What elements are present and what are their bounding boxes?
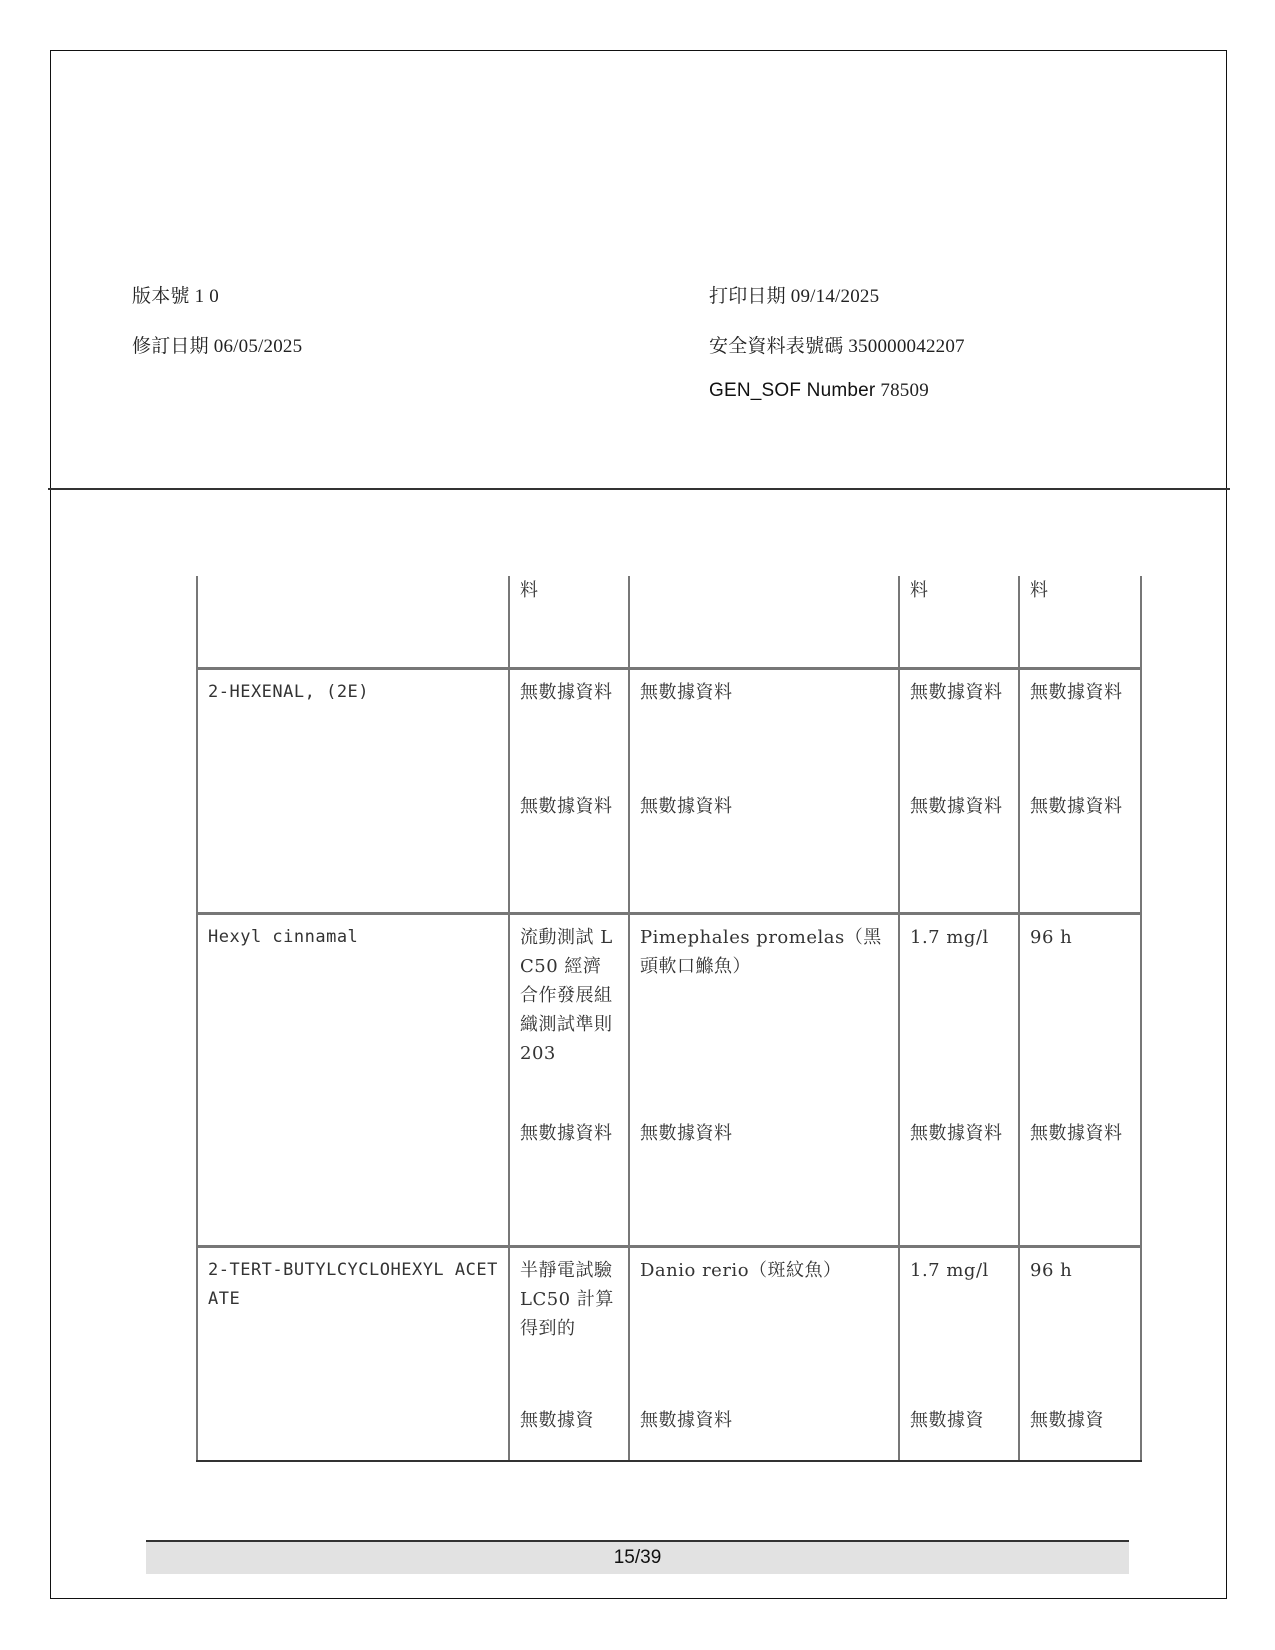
- cell-value: 1.7 mg/l: [899, 913, 1019, 1111]
- value-text: 料: [910, 576, 1008, 605]
- method-text: 無數據資料: [520, 678, 618, 707]
- cell-species: [629, 576, 899, 668]
- version-label: 版本號: [132, 286, 190, 307]
- cell-substance: [197, 1111, 509, 1246]
- substance-text: Hexyl cinnamal: [208, 923, 498, 952]
- gen-sof-number: 78509: [880, 380, 929, 401]
- species-text: 無數據資料: [640, 1406, 888, 1435]
- cell-substance: [197, 1398, 509, 1461]
- species-text: 無數據資料: [640, 678, 888, 707]
- cell-value: 無數據資料: [899, 784, 1019, 913]
- species-text: 無數據資料: [640, 1119, 888, 1148]
- cell-duration: 料: [1019, 576, 1141, 668]
- species-text: Pimephales promelas（黑頭軟口鰷魚）: [640, 923, 888, 981]
- cell-substance: [197, 784, 509, 913]
- cell-value: 無數據資料: [899, 1111, 1019, 1246]
- print-label: 打印日期: [709, 286, 786, 307]
- cell-duration: 無數據資: [1019, 1398, 1141, 1461]
- value-text: 無數據資料: [910, 792, 1008, 821]
- cell-species: 無數據資料: [629, 1111, 899, 1246]
- sds-number: 350000042207: [848, 336, 964, 357]
- value-text: 無數據資: [910, 1406, 1008, 1435]
- duration-text: 無數據資料: [1030, 678, 1130, 707]
- cell-species: Pimephales promelas（黑頭軟口鰷魚）: [629, 913, 899, 1111]
- value-text: 無數據資料: [910, 678, 1008, 707]
- gen-sof-info: GEN_SOF Number 78509: [709, 380, 929, 402]
- revision-label: 修訂日期: [132, 336, 209, 357]
- method-text: 流動測試 LC50 經濟合作發展組織測試準則203: [520, 923, 618, 1068]
- method-text: 無數據資料: [520, 792, 618, 821]
- gen-sof-label: GEN_SOF Number: [709, 380, 875, 401]
- cell-method: 料: [509, 576, 629, 668]
- page-indicator: 15/39: [146, 1542, 1129, 1574]
- cell-value: 無數據資: [899, 1398, 1019, 1461]
- version-info: 版本號 1 0: [132, 286, 219, 308]
- revision-info: 修訂日期 06/05/2025: [132, 336, 302, 358]
- cell-method: 半靜電試驗 LC50 計算得到的: [509, 1246, 629, 1398]
- version-value: 1 0: [195, 286, 219, 307]
- duration-text: 料: [1030, 576, 1130, 605]
- table-row: 無數據資料無數據資料無數據資料無數據資料: [197, 1111, 1141, 1246]
- table-row: 無數據資料無數據資料無數據資料無數據資料: [197, 784, 1141, 913]
- table-row: 2-TERT-BUTYLCYCLOHEXYL ACETATE半靜電試驗 LC50…: [197, 1246, 1141, 1398]
- cell-duration: 96 h: [1019, 1246, 1141, 1398]
- duration-text: 96 h: [1030, 923, 1130, 952]
- cell-species: 無數據資料: [629, 668, 899, 784]
- table-row: 無數據資無數據資料無數據資無數據資: [197, 1398, 1141, 1461]
- cell-value: 料: [899, 576, 1019, 668]
- method-text: 無數據資料: [520, 1119, 618, 1148]
- cell-method: 無數據資料: [509, 1111, 629, 1246]
- cell-value: 1.7 mg/l: [899, 1246, 1019, 1398]
- cell-species: 無數據資料: [629, 784, 899, 913]
- sds-info: 安全資料表號碼 350000042207: [709, 336, 965, 358]
- cell-duration: 無數據資料: [1019, 784, 1141, 913]
- value-text: 1.7 mg/l: [910, 1256, 1008, 1285]
- cell-substance: 2-TERT-BUTYLCYCLOHEXYL ACETATE: [197, 1246, 509, 1398]
- print-date: 09/14/2025: [791, 286, 880, 307]
- cell-duration: 96 h: [1019, 913, 1141, 1111]
- cell-method: 無數據資料: [509, 668, 629, 784]
- species-text: Danio rerio（斑紋魚）: [640, 1256, 888, 1285]
- species-text: 無數據資料: [640, 792, 888, 821]
- value-text: 1.7 mg/l: [910, 923, 1008, 952]
- cell-method: 無數據資料: [509, 784, 629, 913]
- ecotoxicity-table: 料料料2-HEXENAL, (2E)無數據資料無數據資料無數據資料無數據資料無數…: [196, 576, 1142, 1462]
- cell-substance: [197, 576, 509, 668]
- method-text: 料: [520, 576, 618, 605]
- cell-duration: 無數據資料: [1019, 668, 1141, 784]
- cell-value: 無數據資料: [899, 668, 1019, 784]
- sds-label: 安全資料表號碼: [709, 336, 843, 357]
- substance-text: 2-HEXENAL, (2E): [208, 678, 498, 707]
- cell-species: Danio rerio（斑紋魚）: [629, 1246, 899, 1398]
- duration-text: 無數據資料: [1030, 1119, 1130, 1148]
- cell-method: 無數據資: [509, 1398, 629, 1461]
- table-row: 2-HEXENAL, (2E)無數據資料無數據資料無數據資料無數據資料: [197, 668, 1141, 784]
- revision-date: 06/05/2025: [214, 336, 303, 357]
- header-separator: [48, 488, 1230, 490]
- cell-substance: Hexyl cinnamal: [197, 913, 509, 1111]
- substance-text: 2-TERT-BUTYLCYCLOHEXYL ACETATE: [208, 1256, 498, 1314]
- value-text: 無數據資料: [910, 1119, 1008, 1148]
- method-text: 無數據資: [520, 1406, 618, 1435]
- cell-substance: 2-HEXENAL, (2E): [197, 668, 509, 784]
- cell-species: 無數據資料: [629, 1398, 899, 1461]
- cell-method: 流動測試 LC50 經濟合作發展組織測試準則203: [509, 913, 629, 1111]
- duration-text: 無數據資: [1030, 1406, 1130, 1435]
- duration-text: 96 h: [1030, 1256, 1130, 1285]
- table-row: 料料料: [197, 576, 1141, 668]
- print-info: 打印日期 09/14/2025: [709, 286, 879, 308]
- method-text: 半靜電試驗 LC50 計算得到的: [520, 1256, 618, 1343]
- duration-text: 無數據資料: [1030, 792, 1130, 821]
- table-row: Hexyl cinnamal流動測試 LC50 經濟合作發展組織測試準則203P…: [197, 913, 1141, 1111]
- cell-duration: 無數據資料: [1019, 1111, 1141, 1246]
